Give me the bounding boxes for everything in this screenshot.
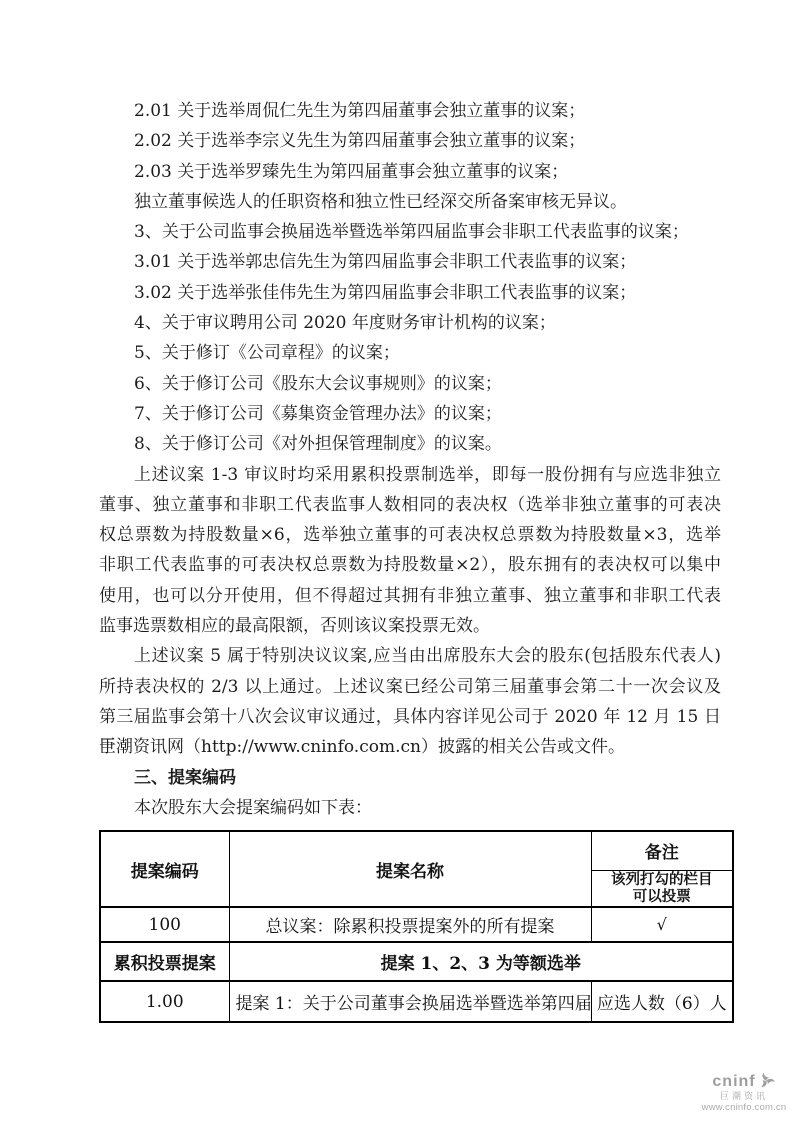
cell-proposal-code: 100 (100, 907, 229, 942)
table-intro-text: 本次股东大会提案编码如下表： (99, 793, 721, 823)
col-header-proposal-code: 提案编码 (100, 831, 229, 907)
document-body: 2.01 关于选举周侃仁先生为第四届董事会独立董事的议案； 2.02 关于选举李… (99, 96, 721, 823)
cninfo-url-text: www.cninfo.com.cn (698, 1103, 790, 1113)
section-heading: 三、提案编码 (99, 763, 721, 793)
paragraph-line: 董事、独立董事和非职工代表监事人数相同的表决权（选举非独立董事的可表决 (99, 490, 721, 520)
cninfo-brand-text: cninf (712, 1073, 755, 1091)
cell-remark: 应选人数（6）人 (591, 981, 733, 1022)
list-item: 2.01 关于选举周侃仁先生为第四届董事会独立董事的议案； (99, 96, 721, 126)
list-item: 2.02 关于选举李宗义先生为第四届董事会独立董事的议案； (99, 126, 721, 156)
cell-cumulative-voting-label: 累积投票提案 (100, 942, 229, 981)
paragraph-line: 巨潮资讯网（http://www.cninfo.com.cn）披露的相关公告或文… (99, 732, 721, 762)
paragraph-line: 所持表决权的 2/3 以上通过。上述议案已经公司第三届董事会第二十一次会议及 (99, 672, 721, 702)
list-item: 4、关于审议聘用公司 2020 年度财务审计机构的议案； (99, 308, 721, 338)
cell-remark-checkmark: √ (591, 907, 733, 942)
cell-proposal-name: 总议案：除累积投票提案外的所有提案 (229, 907, 591, 942)
list-item: 独立董事候选人的任职资格和独立性已经深交所备案审核无异议。 (99, 187, 721, 217)
proposal-code-table: 提案编码 提案名称 备注 该列打勾的栏目 可以投票 100 总议案：除累积投票提… (99, 830, 734, 1023)
paragraph-line: 上述议案 5 属于特别决议议案,应当由出席股东大会的股东(包括股东代表人) (99, 641, 721, 671)
cninfo-chinese-name: 巨潮资讯 (698, 1092, 790, 1102)
cell-proposal-code: 1.00 (100, 981, 229, 1022)
paragraph-line: 非职工代表监事的可表决权总票数为持股数量×2），股东拥有的表决权可以集中 (99, 550, 721, 580)
list-item: 3.01 关于选举郭忠信先生为第四届监事会非职工代表监事的议案； (99, 247, 721, 277)
list-item: 2.03 关于选举罗臻先生为第四届董事会独立董事的议案； (99, 157, 721, 187)
list-item: 3、关于公司监事会换届选举暨选举第四届监事会非职工代表监事的议案； (99, 217, 721, 247)
cninfo-logo: cninf 巨潮资讯 www.cninfo.com.cn (698, 1073, 790, 1113)
document-page: 2.01 关于选举周侃仁先生为第四届董事会独立董事的议案； 2.02 关于选举李… (0, 0, 793, 1122)
list-item: 8、关于修订公司《对外担保管理制度》的议案。 (99, 429, 721, 459)
subheader-line: 可以投票 (596, 888, 729, 905)
paragraph-line: 上述议案 1-3 审议时均采用累积投票制选举，即每一股份拥有与应选非独立 (99, 460, 721, 490)
list-item: 5、关于修订《公司章程》的议案； (99, 338, 721, 368)
cell-equal-election-note: 提案 1、2、3 为等额选举 (229, 942, 733, 981)
table-row: 累积投票提案 提案 1、2、3 为等额选举 (100, 942, 733, 981)
col-header-proposal-name: 提案名称 (229, 831, 591, 907)
paragraph-line: 第三届监事会第十八次会议审议通过，具体内容详见公司于 2020 年 12 月 1… (99, 702, 721, 732)
subheader-line: 该列打勾的栏目 (596, 871, 729, 888)
cninfo-logo-top: cninf (698, 1073, 790, 1091)
list-item: 6、关于修订公司《股东大会议事规则》的议案； (99, 369, 721, 399)
cninfo-swirl-icon (757, 1071, 776, 1090)
paragraph-line: 监事选票数相应的最高限额，否则该议案投票无效。 (99, 611, 721, 641)
list-item: 7、关于修订公司《募集资金管理办法》的议案； (99, 399, 721, 429)
cell-proposal-name: 提案 1：关于公司董事会换届选举暨选举第四届董 (229, 981, 591, 1022)
list-item: 3.02 关于选举张佳伟先生为第四届监事会非职工代表监事的议案； (99, 278, 721, 308)
col-header-remark: 备注 (591, 831, 733, 870)
table-row: 1.00 提案 1：关于公司董事会换届选举暨选举第四届董 应选人数（6）人 (100, 981, 733, 1022)
table-row: 100 总议案：除累积投票提案外的所有提案 √ (100, 907, 733, 942)
paragraph-line: 权总票数为持股数量×6，选举独立董事的可表决权总票数为持股数量×3，选举 (99, 520, 721, 550)
col-subheader-remark: 该列打勾的栏目 可以投票 (591, 870, 733, 907)
paragraph-line: 使用，也可以分开使用，但不得超过其拥有非独立董事、独立董事和非职工代表 (99, 581, 721, 611)
